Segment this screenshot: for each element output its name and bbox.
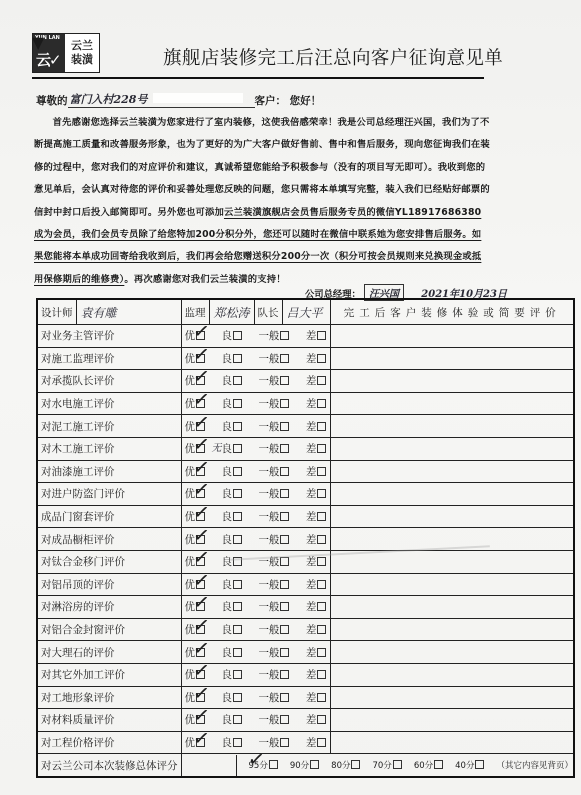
rating-option-average[interactable]: 一般 — [258, 690, 289, 705]
checkbox[interactable] — [317, 422, 326, 431]
rating-option-average[interactable]: 一般 — [258, 464, 289, 479]
logo-cn-line1: 云兰 — [71, 39, 93, 53]
rating-option-poor[interactable]: 差 — [306, 419, 327, 434]
table-row: 对业务主管评价优良一般差✓ — [37, 325, 574, 348]
checkbox[interactable] — [233, 354, 242, 363]
row-label: 对水电施工评价 — [37, 392, 181, 415]
overall-scores: 95分90分80分70分60分40分（其它内容见背页）✓ — [181, 754, 574, 777]
checkbox[interactable] — [434, 760, 443, 769]
checkbox[interactable] — [351, 760, 360, 769]
rating-option-average[interactable]: 一般 — [258, 419, 289, 434]
checkbox[interactable] — [233, 467, 242, 476]
row-label: 成品门窗套评价 — [37, 505, 181, 528]
checkbox[interactable] — [317, 670, 326, 679]
checkbox[interactable] — [233, 738, 242, 747]
table-row: 对大理石的评价优良一般差✓ — [37, 641, 574, 664]
checkbox[interactable] — [475, 760, 484, 769]
row-label: 对施工监理评价 — [37, 347, 181, 370]
comment-cell[interactable] — [331, 686, 574, 709]
rating-option-poor[interactable]: 差 — [306, 712, 327, 727]
checkbox[interactable] — [233, 535, 242, 544]
table-header-row: 设计师 袁有雕 监理 郑松涛 队长 吕大平 完工后客户装修体验或简要评价 — [37, 299, 574, 325]
comment-cell[interactable] — [331, 641, 574, 664]
checkbox[interactable] — [280, 693, 289, 702]
comment-cell[interactable] — [331, 596, 574, 619]
checkbox[interactable] — [317, 648, 326, 657]
comment-cell[interactable] — [331, 618, 574, 641]
rating-option-average[interactable]: 一般 — [258, 396, 289, 411]
comment-cell[interactable] — [331, 325, 574, 348]
rating-option-good[interactable]: 良 — [221, 486, 242, 501]
greeting-prefix: 尊敬的 — [36, 93, 68, 108]
score-option[interactable]: 90分 — [290, 759, 319, 771]
comment-cell[interactable] — [331, 370, 574, 393]
customer-address-field[interactable]: 富门入村228号 — [68, 91, 255, 108]
row-label: 对成品橱柜评价 — [37, 528, 181, 551]
score-option[interactable]: 70分 — [372, 759, 401, 771]
checkbox[interactable] — [317, 376, 326, 385]
rating-option-average[interactable]: 一般 — [258, 645, 289, 660]
rating-option-poor[interactable]: 差 — [306, 690, 327, 705]
redacted-area — [153, 93, 243, 103]
table-row: 成品门窗套评价优良一般差✓ — [37, 505, 574, 528]
letter-body: 首先感谢您选择云兰装潢为您家进行了室内装修，这使我倍感荣幸！我是公司总经理汪兴国… — [34, 112, 490, 291]
checkbox[interactable] — [233, 580, 242, 589]
captain-label: 队长 — [255, 300, 283, 324]
rating-option-good[interactable]: 良 — [221, 599, 242, 614]
rating-option-average[interactable]: 一般 — [258, 667, 289, 682]
checkbox[interactable] — [233, 670, 242, 679]
checkbox[interactable] — [317, 602, 326, 611]
rating-option-good[interactable]: 良 — [221, 328, 242, 343]
table-row: 对其它外加工评价优良一般差✓ — [37, 663, 574, 686]
rating-option-average[interactable]: 一般 — [258, 622, 289, 637]
table-row: 对水电施工评价优良一般差✓ — [37, 392, 574, 415]
checkmark-icon: ✓ — [191, 725, 211, 751]
logo-cn-line2: 装潢 — [71, 53, 93, 67]
rating-option-poor[interactable]: 差 — [306, 577, 327, 592]
checkbox[interactable] — [317, 399, 326, 408]
checkbox[interactable] — [233, 399, 242, 408]
rating-option-average[interactable]: 一般 — [258, 441, 289, 456]
row-label: 对铝合金封窗评价 — [37, 618, 181, 641]
checkbox[interactable] — [269, 760, 278, 769]
rating-option-good[interactable]: 良 — [221, 351, 242, 366]
table-row: 对铝吊顶的评价优良一般差✓ — [37, 573, 574, 596]
rating-option-good[interactable]: 良 — [221, 441, 242, 456]
logo-mark: 云✓ — [36, 49, 60, 70]
rating-option-good[interactable]: 良 — [221, 373, 242, 388]
rating-option-average[interactable]: 一般 — [258, 373, 289, 388]
checkbox[interactable] — [233, 444, 242, 453]
handwritten-note: 无 — [212, 439, 222, 454]
comment-cell[interactable] — [331, 731, 574, 754]
rating-option-poor[interactable]: 差 — [306, 328, 327, 343]
table-row: 对工地形象评价优良一般差✓ — [37, 686, 574, 709]
rating-option-good[interactable]: 良 — [221, 509, 242, 524]
rating-option-good[interactable]: 良 — [221, 667, 242, 682]
row-label: 对油漆施工评价 — [37, 460, 181, 483]
checkbox[interactable] — [317, 738, 326, 747]
comment-cell[interactable] — [331, 483, 574, 506]
rating-option-good[interactable]: 良 — [221, 712, 242, 727]
comment-cell[interactable] — [331, 347, 574, 370]
comment-cell[interactable] — [331, 460, 574, 483]
checkbox[interactable] — [317, 693, 326, 702]
rating-option-average[interactable]: 一般 — [258, 577, 289, 592]
rating-option-good[interactable]: 良 — [221, 464, 242, 479]
greeting-suffix: 客户： 您好！ — [255, 93, 322, 108]
designer-label: 设计师 — [38, 300, 77, 324]
checkbox[interactable] — [280, 738, 289, 747]
checkmark-icon: ✓ — [246, 746, 266, 772]
checkbox[interactable] — [317, 512, 326, 521]
logo-tick-icon: ▼ — [32, 33, 44, 52]
checkbox[interactable] — [233, 489, 242, 498]
row-label: 对承揽队长评价 — [37, 370, 181, 393]
rating-option-average[interactable]: 一般 — [258, 712, 289, 727]
row-label: 对材料质量评价 — [37, 709, 181, 732]
rating-option-poor[interactable]: 差 — [306, 396, 327, 411]
rating-option-poor[interactable]: 差 — [306, 441, 327, 456]
checkbox[interactable] — [280, 399, 289, 408]
checkbox[interactable] — [317, 444, 326, 453]
checkbox[interactable] — [317, 580, 326, 589]
table-row: 对木工施工评价优良一般差✓无 — [37, 437, 574, 460]
rating-option-good[interactable]: 良 — [221, 419, 242, 434]
rating-option-poor[interactable]: 差 — [306, 622, 327, 637]
checkbox[interactable] — [233, 715, 242, 724]
rating-option-poor[interactable]: 差 — [306, 735, 327, 750]
rating-option-poor[interactable]: 差 — [306, 486, 327, 501]
comment-cell[interactable] — [331, 437, 574, 460]
rating-option-good[interactable]: 良 — [221, 532, 242, 547]
rating-option-average[interactable]: 一般 — [258, 509, 289, 524]
checkbox[interactable] — [280, 580, 289, 589]
rating-option-poor[interactable]: 差 — [306, 351, 327, 366]
checkbox[interactable] — [280, 648, 289, 657]
table-row: 对铝合金封窗评价优良一般差✓ — [37, 618, 574, 641]
checkbox[interactable] — [280, 670, 289, 679]
checkbox[interactable] — [317, 535, 326, 544]
checkbox[interactable] — [280, 331, 289, 340]
comment-cell[interactable] — [331, 709, 574, 732]
row-label: 对淋浴房的评价 — [37, 596, 181, 619]
table-row: 对工程价格评价优良一般差✓ — [37, 731, 574, 754]
checkbox[interactable] — [317, 331, 326, 340]
evaluation-table: 设计师 袁有雕 监理 郑松涛 队长 吕大平 完工后客户装修体验或简要评价 对业务… — [36, 298, 575, 778]
table-row: 对施工监理评价优良一般差✓ — [37, 347, 574, 370]
checkbox[interactable] — [280, 444, 289, 453]
rating-option-average[interactable]: 一般 — [258, 599, 289, 614]
rating-option-good[interactable]: 良 — [221, 554, 242, 569]
checkbox[interactable] — [280, 557, 289, 566]
checkbox[interactable] — [280, 602, 289, 611]
checkbox[interactable] — [317, 489, 326, 498]
checkbox[interactable] — [280, 467, 289, 476]
comment-cell[interactable] — [331, 573, 574, 596]
row-label: 对工程价格评价 — [37, 731, 181, 754]
row-label: 对业务主管评价 — [37, 325, 181, 348]
checkbox[interactable] — [280, 489, 289, 498]
checkbox[interactable] — [233, 693, 242, 702]
table-row: 对成品橱柜评价优良一般差✓ — [37, 528, 574, 551]
checkbox[interactable] — [233, 648, 242, 657]
checkbox[interactable] — [280, 625, 289, 634]
rating-option-good[interactable]: 良 — [221, 396, 242, 411]
checkbox[interactable] — [233, 512, 242, 521]
title-divider — [32, 77, 484, 79]
comment-cell[interactable] — [331, 392, 574, 415]
checkbox[interactable] — [317, 354, 326, 363]
checkbox[interactable] — [233, 422, 242, 431]
rating-option-poor[interactable]: 差 — [306, 532, 327, 547]
row-label: 对泥工施工评价 — [37, 415, 181, 438]
comment-cell[interactable] — [331, 505, 574, 528]
checkbox[interactable] — [310, 760, 319, 769]
overall-score-row: 对云兰公司本次装修总体评分95分90分80分70分60分40分（其它内容见背页）… — [37, 754, 574, 777]
row-label: 对铝吊顶的评价 — [37, 573, 181, 596]
comment-cell[interactable] — [331, 550, 574, 573]
rating-option-average[interactable]: 一般 — [258, 532, 289, 547]
rating-option-good[interactable]: 良 — [221, 622, 242, 637]
staff-cell: 设计师 袁有雕 — [37, 299, 181, 325]
letter-paragraph: 首先感谢您选择云兰装潢为您家进行了室内装修，这使我倍感荣幸！我是公司总经理汪兴国… — [34, 117, 490, 218]
label-extension — [182, 755, 237, 776]
rating-option-good[interactable]: 良 — [221, 735, 242, 750]
table-row: 对泥工施工评价优良一般差✓ — [37, 415, 574, 438]
checkbox[interactable] — [317, 557, 326, 566]
row-label: 对钛合金移门评价 — [37, 550, 181, 573]
row-label: 对大理石的评价 — [37, 641, 181, 664]
checkbox[interactable] — [280, 422, 289, 431]
checkbox[interactable] — [317, 467, 326, 476]
checkbox[interactable] — [233, 625, 242, 634]
checkbox[interactable] — [280, 512, 289, 521]
designer-name[interactable]: 袁有雕 — [77, 304, 121, 321]
greeting-line: 尊敬的 富门入村228号 客户： 您好！ — [36, 91, 321, 108]
table-row: 对淋浴房的评价优良一般差✓ — [37, 596, 574, 619]
row-label: 对进户防盗门评价 — [37, 483, 181, 506]
table-row: 对油漆施工评价优良一般差✓ — [37, 460, 574, 483]
row-label: 对其它外加工评价 — [37, 663, 181, 686]
rating-option-poor[interactable]: 差 — [306, 464, 327, 479]
supervisor-name[interactable]: 郑松涛 — [210, 300, 255, 324]
comment-cell[interactable] — [331, 663, 574, 686]
score-option[interactable]: 60分 — [414, 759, 443, 771]
rating-option-poor[interactable]: 差 — [306, 667, 327, 682]
checkbox[interactable] — [393, 760, 402, 769]
rating-option-poor[interactable]: 差 — [306, 373, 327, 388]
rating-option-good[interactable]: 良 — [221, 577, 242, 592]
table-row: 对材料质量评价优良一般差✓ — [37, 709, 574, 732]
table-row: 对承揽队长评价优良一般差✓ — [37, 370, 574, 393]
checkbox[interactable] — [233, 331, 242, 340]
letter-closing: 。再次感谢您对我们云兰装潢的支持！ — [124, 274, 285, 285]
score-option[interactable]: 80分 — [331, 759, 360, 771]
checkbox[interactable] — [280, 715, 289, 724]
row-label: 对木工施工评价 — [37, 437, 181, 460]
survey-page: YUN LAN 云✓ 云兰 装潢 ▼ 旗舰店装修完工后汪总向客户征询意见单 尊敬… — [0, 0, 581, 795]
comment-cell[interactable] — [331, 415, 574, 438]
checkbox[interactable] — [233, 602, 242, 611]
checkbox[interactable] — [280, 535, 289, 544]
overall-label: 对云兰公司本次装修总体评分 — [37, 754, 181, 777]
rating-option-good[interactable]: 良 — [221, 645, 242, 660]
rating-option-poor[interactable]: 差 — [306, 645, 327, 660]
rating-option-good[interactable]: 良 — [221, 690, 242, 705]
table-row: 对进户防盗门评价优良一般差✓ — [37, 483, 574, 506]
rating-option-average[interactable]: 一般 — [258, 351, 289, 366]
checkbox[interactable] — [233, 376, 242, 385]
checkbox[interactable] — [280, 354, 289, 363]
captain-name[interactable]: 吕大平 — [283, 304, 327, 321]
checkbox[interactable] — [280, 376, 289, 385]
score-option[interactable]: 40分 — [455, 759, 484, 771]
rating-option-poor[interactable]: 差 — [306, 599, 327, 614]
page-title: 旗舰店装修完工后汪总向客户征询意见单 — [163, 44, 503, 70]
checkbox[interactable] — [317, 715, 326, 724]
rating-option-poor[interactable]: 差 — [306, 509, 327, 524]
customer-address-value: 富门入村228号 — [70, 93, 148, 106]
row-label: 对工地形象评价 — [37, 686, 181, 709]
rating-option-average[interactable]: 一般 — [258, 328, 289, 343]
rating-option-average[interactable]: 一般 — [258, 486, 289, 501]
comment-header: 完工后客户装修体验或简要评价 — [331, 299, 574, 325]
checkbox[interactable] — [317, 625, 326, 634]
overall-note: （其它内容见背页） — [496, 759, 573, 771]
